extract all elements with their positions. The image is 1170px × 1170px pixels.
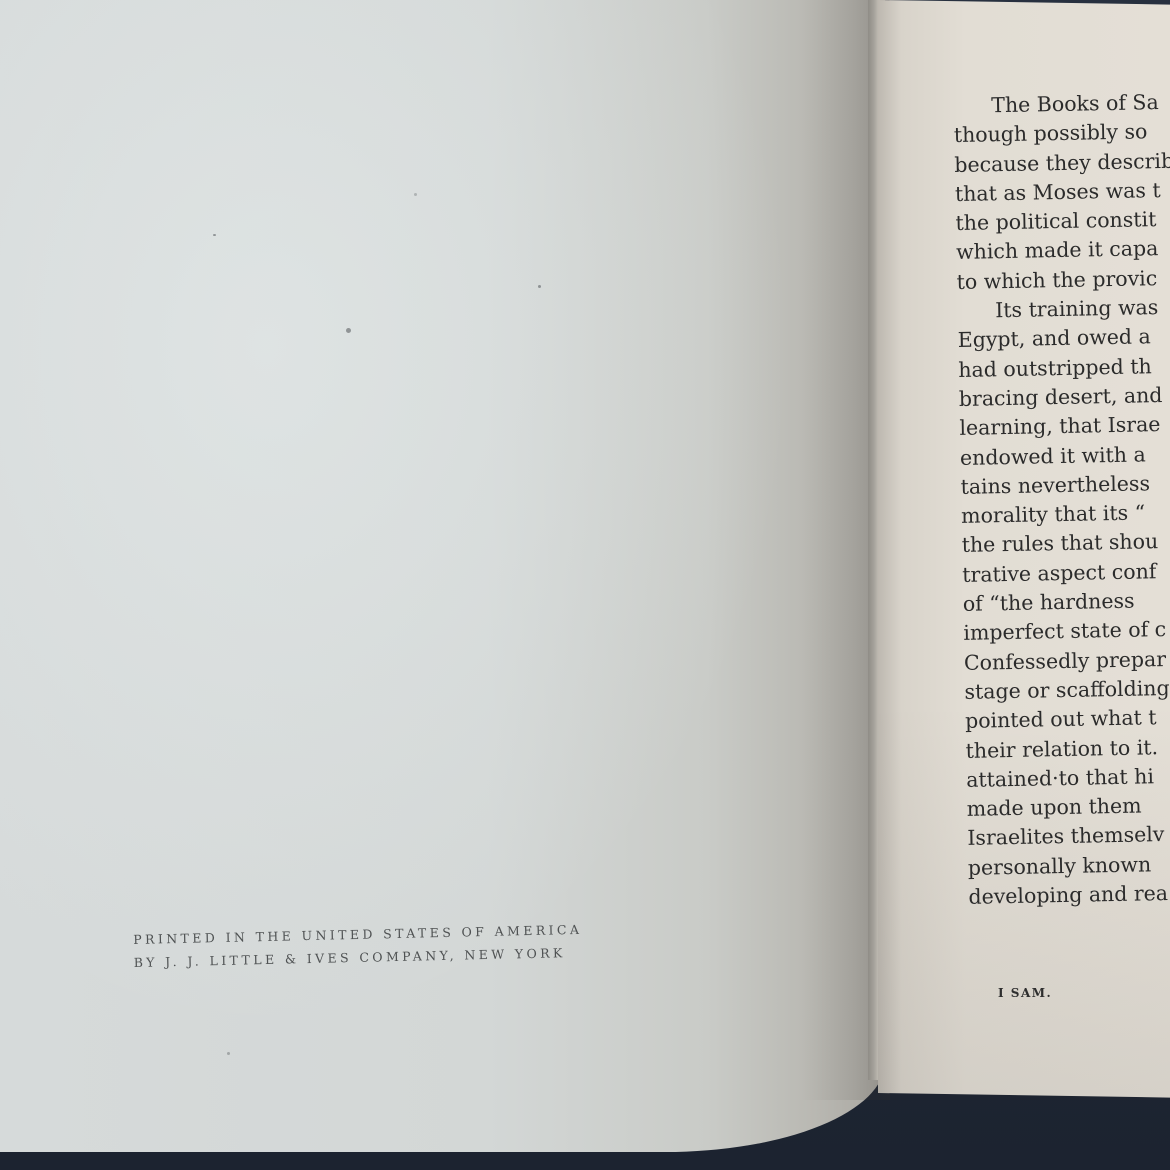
text-line: Israelites themselv xyxy=(967,819,1170,853)
left-page xyxy=(0,0,885,1152)
text-line: the political constit xyxy=(955,204,1170,238)
text-line: attained·to that hi xyxy=(966,761,1170,795)
text-line: of “the hardness xyxy=(963,585,1170,619)
text-line: made upon them xyxy=(966,790,1170,824)
text-line: trative aspect conf xyxy=(962,556,1170,590)
text-line: that as Moses was t xyxy=(955,175,1170,209)
text-line: because they describ xyxy=(954,146,1170,180)
text-line: bracing desert, and xyxy=(959,380,1170,414)
paper-speck xyxy=(346,328,351,333)
text-line: which made it capa xyxy=(956,233,1170,267)
text-line: developing and rea xyxy=(968,878,1170,912)
right-page-text: The Books of Sa though possibly so becau… xyxy=(953,87,1170,912)
paper-speck xyxy=(227,1052,230,1055)
text-line: The Books of Sa xyxy=(953,87,1170,121)
text-line: had outstripped th xyxy=(958,351,1170,385)
text-line: pointed out what t xyxy=(965,702,1170,736)
paper-speck xyxy=(213,234,216,236)
text-line: their relation to it. xyxy=(965,731,1170,765)
text-line: the rules that shou xyxy=(961,526,1170,560)
book-photo: PRINTED IN THE UNITED STATES OF AMERICA … xyxy=(0,0,1170,1170)
text-line: endowed it with a xyxy=(960,439,1170,473)
text-line: Confessedly prepar xyxy=(964,644,1170,678)
text-line: Its training was xyxy=(957,292,1170,326)
text-line: stage or scaffolding xyxy=(964,673,1170,707)
running-foot: I SAM. xyxy=(998,986,1052,1000)
text-line: Egypt, and owed a xyxy=(957,321,1170,355)
text-line: imperfect state of c xyxy=(963,614,1170,648)
text-line: morality that its “ xyxy=(961,497,1170,531)
paper-speck xyxy=(538,285,541,288)
text-line: to which the provic xyxy=(956,263,1170,297)
text-line: tains nevertheless xyxy=(960,468,1170,502)
text-line: personally known xyxy=(968,849,1170,883)
paper-speck xyxy=(414,193,417,196)
text-line: learning, that Israe xyxy=(959,409,1170,443)
text-line: though possibly so xyxy=(954,116,1170,150)
